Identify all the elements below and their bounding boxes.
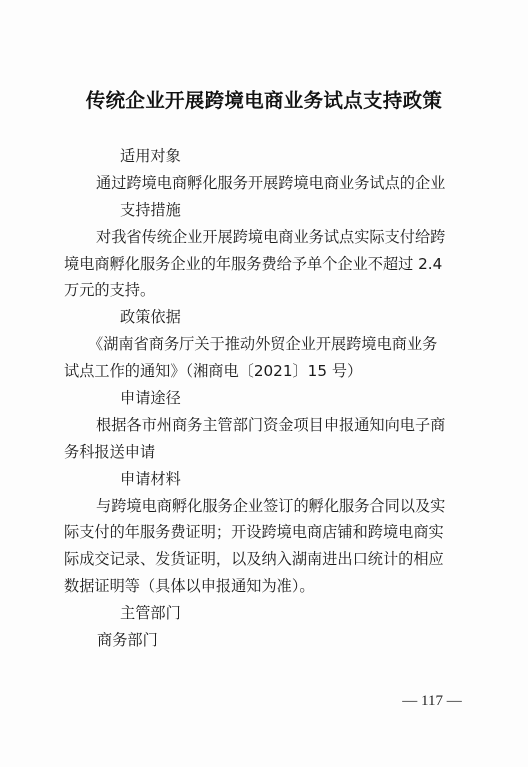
- section-text-applicable-target: 通过跨境电商孵化服务开展跨境电商业务试点的企业: [64, 170, 464, 197]
- section-heading-policy-basis: 政策依据: [64, 304, 464, 331]
- section-text-application-materials-line-2: 际支付的年服务费证明；开设跨境电商店铺和跨境电商实: [64, 519, 464, 546]
- section-heading-application-channel: 申请途径: [64, 385, 464, 412]
- document-page: 传统企业开展跨境电商业务试点支持政策 适用对象 通过跨境电商孵化服务开展跨境电商…: [0, 0, 528, 767]
- page-number: — 117 —: [380, 691, 484, 711]
- section-text-policy-basis-line-2: 试点工作的通知》（湘商电〔2021〕15 号）: [64, 358, 464, 385]
- section-text-support-measures-line-1: 对我省传统企业开展跨境电商业务试点实际支付给跨: [64, 224, 464, 251]
- section-heading-competent-department: 主管部门: [64, 600, 464, 627]
- section-text-application-channel-line-2: 务科报送申请: [64, 439, 464, 466]
- section-text-policy-basis-line-1: 《湖南省商务厅关于推动外贸企业开展跨境电商业务: [64, 331, 464, 358]
- section-text-application-materials-line-3: 际成交记录、发货证明，以及纳入湖南进出口统计的相应: [64, 546, 464, 573]
- section-text-application-channel-line-1: 根据各市州商务主管部门资金项目申报通知向电子商: [64, 412, 464, 439]
- section-text-support-measures-line-2: 境电商孵化服务企业的年服务费给予单个企业不超过 2.4: [64, 251, 464, 278]
- document-title: 传统企业开展跨境电商业务试点支持政策: [0, 88, 528, 114]
- section-heading-application-materials: 申请材料: [64, 466, 464, 493]
- section-heading-support-measures: 支持措施: [64, 197, 464, 224]
- section-heading-applicable-target: 适用对象: [64, 143, 464, 170]
- section-text-competent-department: 商务部门: [64, 627, 464, 654]
- section-text-application-materials-line-4: 数据证明等（具体以申报通知为准）。: [64, 573, 464, 600]
- section-text-application-materials-line-1: 与跨境电商孵化服务企业签订的孵化服务合同以及实: [64, 493, 464, 520]
- document-body: 适用对象 通过跨境电商孵化服务开展跨境电商业务试点的企业 支持措施 对我省传统企…: [64, 143, 464, 654]
- section-text-support-measures-line-3: 万元的支持。: [64, 277, 464, 304]
